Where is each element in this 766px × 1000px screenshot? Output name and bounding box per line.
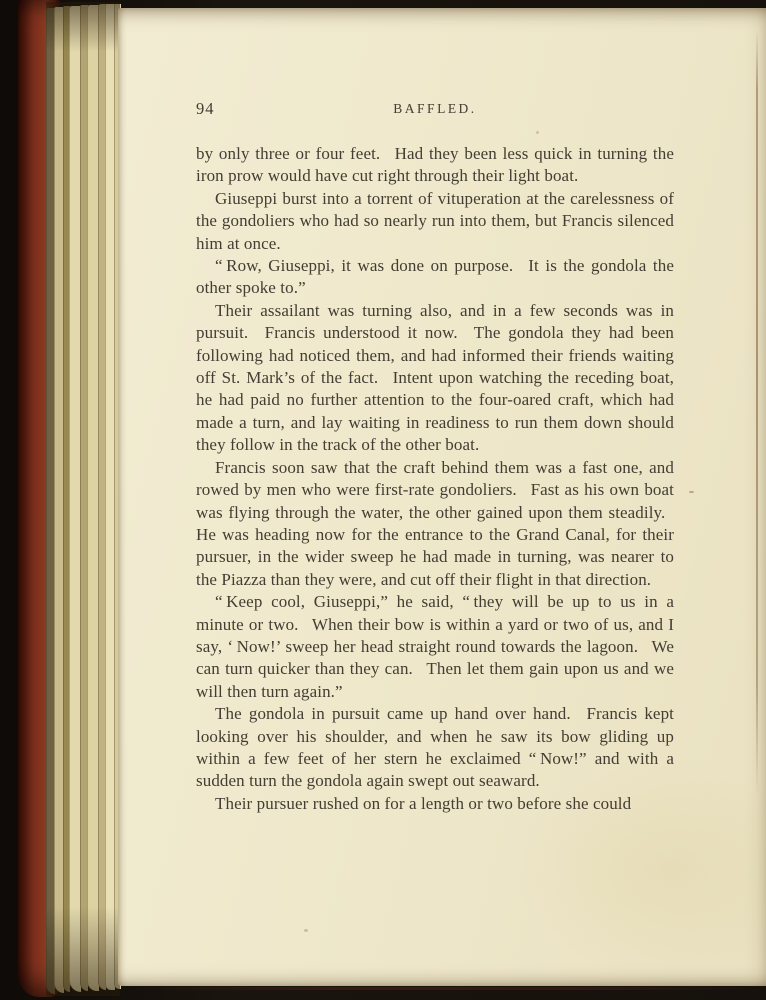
paragraph: Giuseppi burst into a torrent of vituper… xyxy=(196,188,674,255)
page-text: by only three or four feet. Had they bee… xyxy=(196,143,674,815)
page-edges-stack xyxy=(46,2,120,996)
paragraph: by only three or four feet. Had they bee… xyxy=(196,143,674,188)
scan-speck xyxy=(304,929,308,932)
cover-bottom-edge xyxy=(120,987,766,990)
scan-speck xyxy=(689,491,694,493)
paragraph: Their assailant was turning also, and in… xyxy=(196,300,674,457)
paragraph: Francis soon saw that the craft behind t… xyxy=(196,457,674,591)
page-crease-line xyxy=(756,30,758,796)
page-header: 94 BAFFLED. xyxy=(196,99,674,121)
book-scan: 94 BAFFLED. by only three or four feet. … xyxy=(0,0,766,1000)
paragraph: The gondola in pursuit came up hand over… xyxy=(196,703,674,793)
text-column: 94 BAFFLED. by only three or four feet. … xyxy=(196,99,674,815)
paragraph: Their pursuer rushed on for a length or … xyxy=(196,793,674,815)
paragraph: “ Keep cool, Giuseppi,” he said, “ they … xyxy=(196,591,674,703)
running-header: BAFFLED. xyxy=(196,101,674,117)
book-page: 94 BAFFLED. by only three or four feet. … xyxy=(118,8,766,986)
paragraph: “ Row, Giuseppi, it was done on purpose.… xyxy=(196,255,674,300)
